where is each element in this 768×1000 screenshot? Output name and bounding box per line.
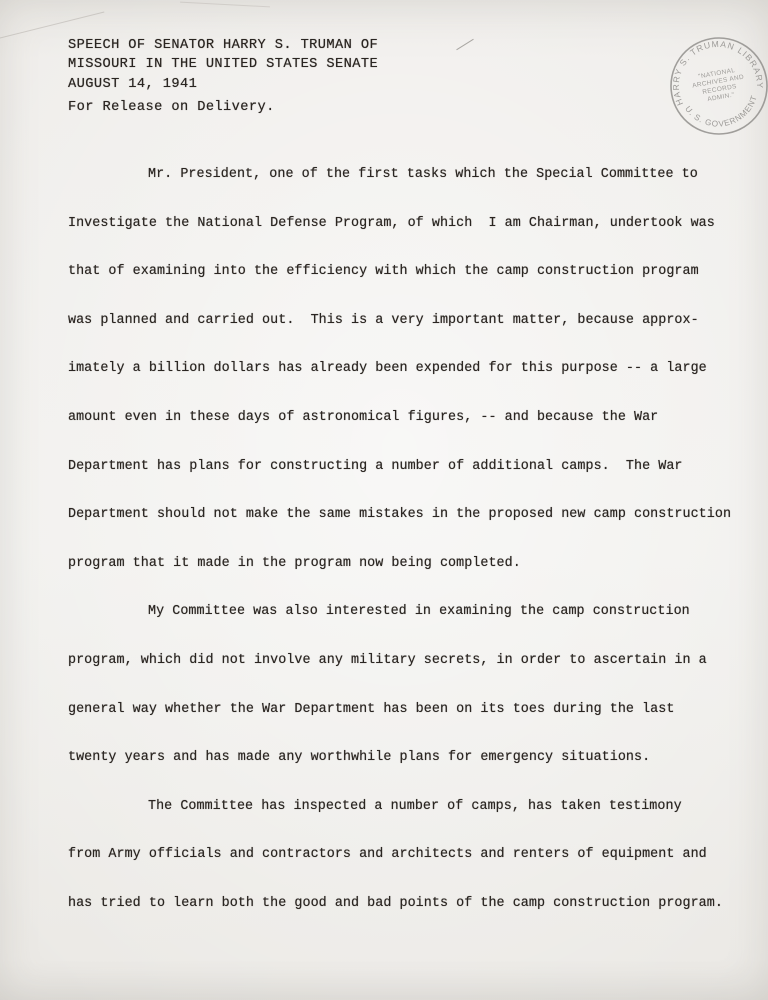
document-line: amount even in these days of astronomica… (68, 394, 758, 443)
pencil-check-mark (456, 39, 473, 50)
document-line: program that it made in the program now … (68, 540, 758, 589)
document-page: SPEECH OF SENATOR HARRY S. TRUMAN OF MIS… (0, 0, 768, 1000)
document-line: twenty years and has made any worthwhile… (68, 734, 758, 783)
document-line: program, which did not involve any milit… (68, 637, 758, 686)
document-line: My Committee was also interested in exam… (68, 588, 758, 637)
archive-stamp: HARRY S. TRUMAN LIBRARY U. S. GOVERNMENT… (643, 10, 768, 163)
document-line: Department should not make the same mist… (68, 491, 758, 540)
document-line: that of examining into the efficiency wi… (68, 248, 758, 297)
document-line: imately a billion dollars has already be… (68, 345, 758, 394)
document-header: SPEECH OF SENATOR HARRY S. TRUMAN OF MIS… (68, 36, 378, 94)
header-date-line: AUGUST 14, 1941 (68, 75, 378, 94)
document-line: Mr. President, one of the first tasks wh… (68, 151, 758, 200)
paper-crease (180, 2, 270, 8)
release-note: For Release on Delivery. (68, 100, 275, 115)
document-body: Mr. President, one of the first tasks wh… (68, 151, 758, 929)
header-title-line: SPEECH OF SENATOR HARRY S. TRUMAN OF (68, 36, 378, 55)
document-line: Investigate the National Defense Program… (68, 200, 758, 249)
header-title-line: MISSOURI IN THE UNITED STATES SENATE (68, 55, 378, 74)
document-line: The Committee has inspected a number of … (68, 783, 758, 832)
document-line: was planned and carried out. This is a v… (68, 297, 758, 346)
document-line: has tried to learn both the good and bad… (68, 880, 758, 929)
document-line: from Army officials and contractors and … (68, 831, 758, 880)
document-line: general way whether the War Department h… (68, 686, 758, 735)
document-line: Department has plans for constructing a … (68, 443, 758, 492)
